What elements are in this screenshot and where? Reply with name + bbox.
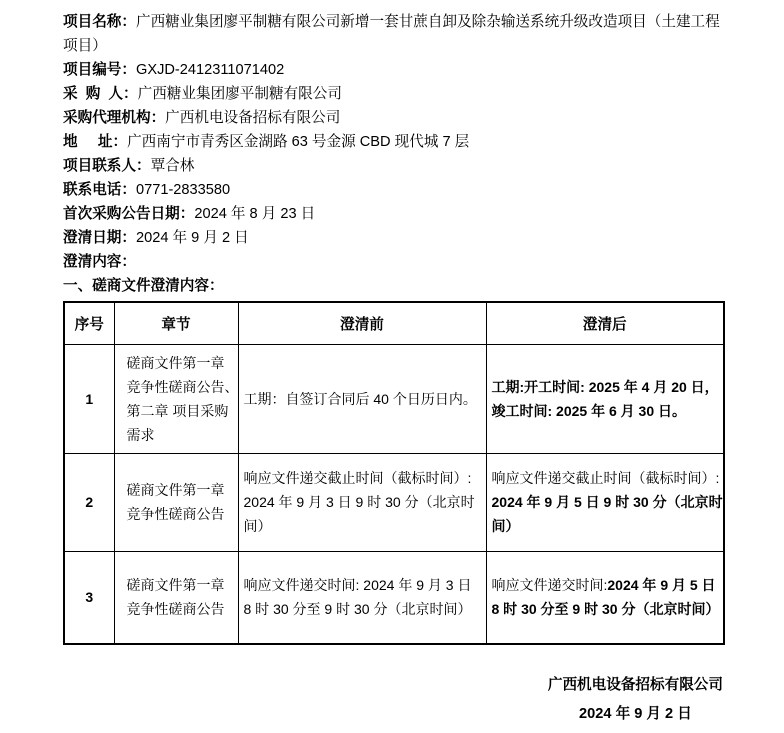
row-after-regular: 响应文件递交时间: bbox=[492, 577, 608, 593]
section-heading-label: 一、磋商文件澄清内容： bbox=[63, 278, 224, 294]
table-row: 1 磋商文件第一章 竞争性磋商公告、 第二章 项目采购 需求 工期：自签订合同后… bbox=[64, 344, 724, 453]
row-after-bold: 2024 年 9 月 5 日 9 时 30 分（北京时 间） bbox=[492, 494, 723, 534]
field-project-number: 项目编号：GXJD-2412311071402 bbox=[63, 58, 723, 82]
field-procurement-agency: 采购代理机构：广西机电设备招标有限公司 bbox=[63, 106, 723, 130]
field-label: 澄清日期： bbox=[63, 230, 136, 246]
field-value: 广西南宁市青秀区金湖路 63 号金源 CBD 现代城 7 层 bbox=[127, 134, 469, 150]
field-value: 覃合林 bbox=[151, 158, 195, 174]
table-header-row: 序号 章节 澄清前 澄清后 bbox=[64, 302, 724, 344]
table-header-after: 澄清后 bbox=[486, 302, 724, 344]
row-number: 1 bbox=[64, 344, 114, 453]
table-row: 2 磋商文件第一章 竞争性磋商公告 响应文件递交截止时间（截标时间）: 2024… bbox=[64, 453, 724, 551]
field-clarification-date: 澄清日期：2024 年 9 月 2 日 bbox=[63, 226, 723, 250]
field-value: 2024 年 9 月 2 日 bbox=[136, 230, 249, 246]
field-label: 采 购 人： bbox=[63, 86, 138, 102]
field-contact-phone: 联系电话：0771-2833580 bbox=[63, 178, 723, 202]
field-value: 2024 年 8 月 23 日 bbox=[194, 206, 315, 222]
signature-block: 广西机电设备招标有限公司 2024 年 9 月 2 日 bbox=[548, 671, 723, 729]
field-address: 地 址：广西南宁市青秀区金湖路 63 号金源 CBD 现代城 7 层 bbox=[63, 130, 723, 154]
field-label: 项目名称： bbox=[63, 14, 136, 30]
signature-date: 2024 年 9 月 2 日 bbox=[548, 700, 723, 729]
field-clarification-content: 澄清内容： bbox=[63, 250, 723, 274]
field-value: GXJD-2412311071402 bbox=[136, 62, 284, 78]
section-heading-clarification: 一、磋商文件澄清内容： bbox=[63, 274, 723, 298]
field-value: 广西糖业集团廖平制糖有限公司新增一套甘蔗自卸及除杂输送系统升级改造项目（土建工程… bbox=[63, 14, 720, 54]
field-label: 采购代理机构： bbox=[63, 110, 165, 126]
field-first-announcement-date: 首次采购公告日期：2024 年 8 月 23 日 bbox=[63, 202, 723, 226]
field-contact-person: 项目联系人：覃合林 bbox=[63, 154, 723, 178]
row-after: 响应文件递交时间:2024 年 9 月 5 日 8 时 30 分至 9 时 30… bbox=[486, 551, 724, 644]
field-label: 联系电话： bbox=[63, 182, 136, 198]
table-header-before: 澄清前 bbox=[238, 302, 486, 344]
row-after-bold: 工期:开工时间: 2025 年 4 月 20 日， 竣工时间: 2025 年 6… bbox=[492, 379, 719, 419]
field-label: 澄清内容： bbox=[63, 254, 136, 270]
row-number: 3 bbox=[64, 551, 114, 644]
table-row: 3 磋商文件第一章 竞争性磋商公告 响应文件递交时间: 2024 年 9 月 3… bbox=[64, 551, 724, 644]
field-purchaser: 采 购 人：广西糖业集团廖平制糖有限公司 bbox=[63, 82, 723, 106]
row-after: 响应文件递交截止时间（截标时间）: 2024 年 9 月 5 日 9 时 30 … bbox=[486, 453, 724, 551]
document: 项目名称：广西糖业集团廖平制糖有限公司新增一套甘蔗自卸及除杂输送系统升级改造项目… bbox=[0, 0, 784, 729]
field-label: 地 址： bbox=[63, 134, 127, 150]
row-before: 响应文件递交截止时间（截标时间）: 2024 年 9 月 3 日 9 时 30 … bbox=[238, 453, 486, 551]
field-value: 广西糖业集团廖平制糖有限公司 bbox=[138, 86, 342, 102]
signature-agency: 广西机电设备招标有限公司 bbox=[548, 671, 723, 700]
field-value: 广西机电设备招标有限公司 bbox=[165, 110, 340, 126]
row-after: 工期:开工时间: 2025 年 4 月 20 日， 竣工时间: 2025 年 6… bbox=[486, 344, 724, 453]
row-section: 磋商文件第一章 竞争性磋商公告 bbox=[114, 453, 238, 551]
table-header-no: 序号 bbox=[64, 302, 114, 344]
row-after-regular: 响应文件递交截止时间（截标时间）: bbox=[492, 470, 720, 486]
field-label: 项目联系人： bbox=[63, 158, 151, 174]
row-before: 工期：自签订合同后 40 个日历日内。 bbox=[238, 344, 486, 453]
row-number: 2 bbox=[64, 453, 114, 551]
row-section: 磋商文件第一章 竞争性磋商公告 bbox=[114, 551, 238, 644]
table-header-section: 章节 bbox=[114, 302, 238, 344]
field-label: 项目编号： bbox=[63, 62, 136, 78]
clarification-table: 序号 章节 澄清前 澄清后 1 磋商文件第一章 竞争性磋商公告、 第二章 项目采… bbox=[63, 301, 725, 645]
field-label: 首次采购公告日期： bbox=[63, 206, 194, 222]
field-value: 0771-2833580 bbox=[136, 182, 230, 198]
row-before: 响应文件递交时间: 2024 年 9 月 3 日 8 时 30 分至 9 时 3… bbox=[238, 551, 486, 644]
row-section: 磋商文件第一章 竞争性磋商公告、 第二章 项目采购 需求 bbox=[114, 344, 238, 453]
field-project-name: 项目名称：广西糖业集团廖平制糖有限公司新增一套甘蔗自卸及除杂输送系统升级改造项目… bbox=[63, 10, 723, 58]
